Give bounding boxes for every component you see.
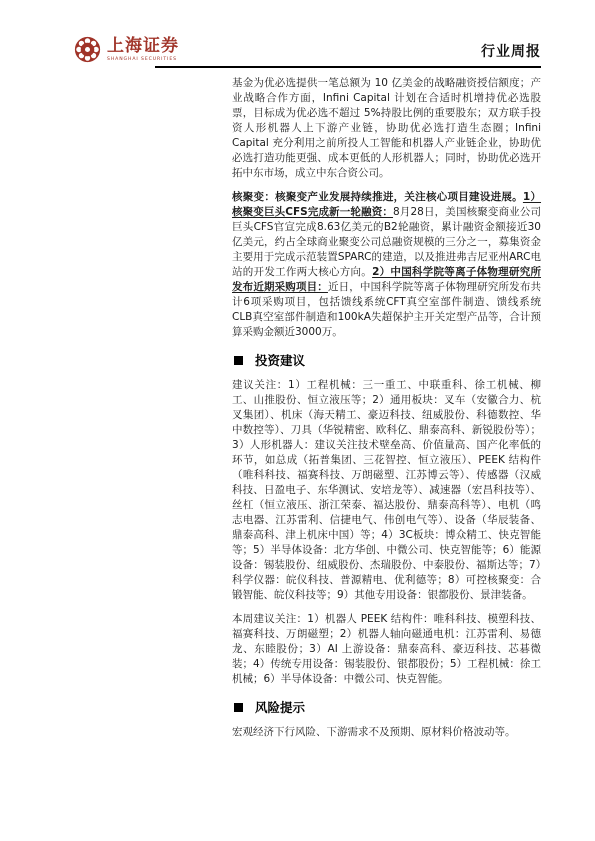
- header-divider: [155, 66, 541, 68]
- report-type-label: 行业周报: [481, 41, 541, 61]
- paragraph-ubtech-funding: 基金为优必选提供一笔总额为 10 亿美金的战略融资授信额度；产业战略合作方面，I…: [232, 76, 541, 181]
- report-page: 上海证券 SHANGHAI SECURITIES 行业周报 基金为优必选提供一笔…: [0, 0, 595, 841]
- square-bullet-icon: [234, 703, 243, 712]
- report-body: 基金为优必选提供一笔总额为 10 亿美金的战略融资授信额度；产业战略合作方面，I…: [232, 76, 541, 749]
- paragraph-suggested-watchlist: 建议关注：1）工程机械：三一重工、中联重科、徐工机械、柳工、山推股份、恒立液压等…: [232, 378, 541, 603]
- fusion-lead-bold: 核聚变：核聚变产业发展持续推进，关注核心项目建设进展。: [232, 191, 523, 203]
- paragraph-risk-text: 宏观经济下行风险、下游需求不及预期、原材料价格波动等。: [232, 725, 541, 740]
- square-bullet-icon: [234, 356, 243, 365]
- brand-name-cn: 上海证券: [107, 38, 179, 55]
- paragraph-weekly-picks: 本周建议关注：1）机器人 PEEK 结构件：唯科科技、模塑科技、福赛科技、万朗磁…: [232, 612, 541, 687]
- section-risk-title: 风险提示: [255, 700, 305, 715]
- paragraph-fusion: 核聚变：核聚变产业发展持续推进，关注核心项目建设进展。1）核聚变巨头CFS完成新…: [232, 190, 541, 340]
- section-risk-warning: 风险提示: [234, 700, 541, 715]
- brand-text: 上海证券 SHANGHAI SECURITIES: [107, 36, 179, 63]
- brand-logo: 上海证券 SHANGHAI SECURITIES: [74, 36, 179, 63]
- section-investment-advice: 投资建议: [234, 353, 541, 368]
- section-investment-title: 投资建议: [255, 353, 305, 368]
- brand-name-en: SHANGHAI SECURITIES: [107, 58, 179, 63]
- shanghai-securities-logo-icon: [74, 36, 101, 63]
